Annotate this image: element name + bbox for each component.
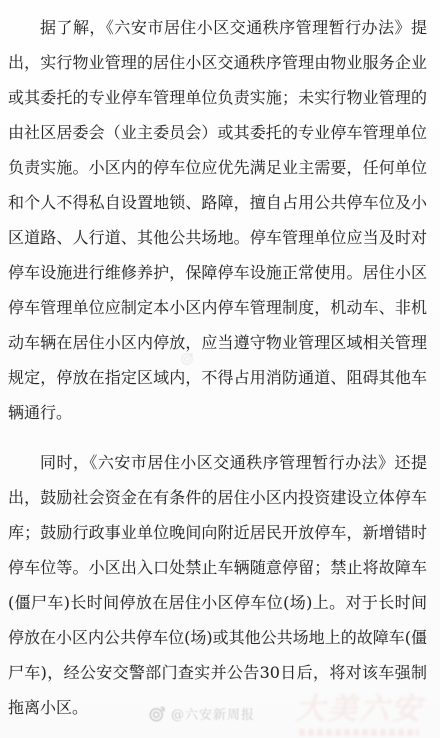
weibo-eye-icon — [148, 705, 166, 723]
weibo-eye-icon — [180, 351, 194, 365]
corner-logo-subline — [299, 729, 419, 736]
article-paragraph-2: 同时，《六安市居住小区交通秩序管理暂行办法》还提出，鼓励社会资金在有条件的居住小… — [8, 445, 427, 725]
article-page: 据了解，《六安市居住小区交通秩序管理暂行办法》提出，实行物业管理的居住小区交通秩… — [0, 0, 440, 738]
weibo-credit-text: @六安新周报 — [171, 704, 255, 723]
news-article-body: 据了解，《六安市居住小区交通秩序管理暂行办法》提出，实行物业管理的居住小区交通秩… — [8, 10, 427, 725]
weibo-credit-watermark: @六安新周报 — [148, 704, 255, 723]
article-paragraph-1: 据了解，《六安市居住小区交通秩序管理暂行办法》提出，实行物业管理的居住小区交通秩… — [8, 10, 427, 430]
